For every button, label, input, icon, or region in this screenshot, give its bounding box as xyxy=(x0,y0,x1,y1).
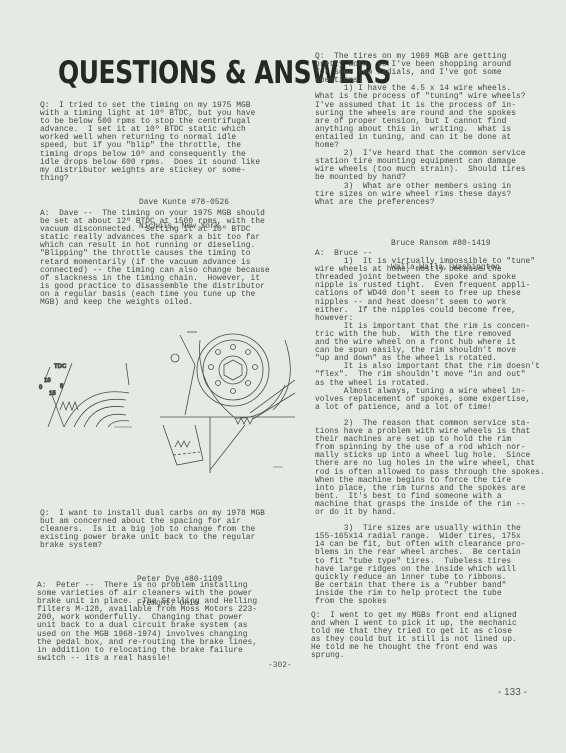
answer-2: A: Peter -- There is no problem installi… xyxy=(37,582,257,663)
label-10: 10 xyxy=(44,378,51,384)
label-0: 0 xyxy=(39,385,43,391)
answer-1: A: Dave -- The timing on your 1975 MGB s… xyxy=(40,210,270,307)
page-reference: -302- xyxy=(268,661,292,670)
question-1: Q: I tried to set the timing on my 1975 … xyxy=(40,102,260,183)
timing-marks-illustration: TDC 10 5 0 15 xyxy=(34,355,139,435)
answer-3: A: Bruce -- 1) It is virtually impossibl… xyxy=(315,250,545,606)
page-title: QUESTIONS & ANSWERS xyxy=(58,54,268,90)
question-3: Q: The tires on my 1969 MGB are getting … xyxy=(315,53,526,207)
crankshaft-pulley-illustration xyxy=(155,325,295,475)
document-page: QUESTIONS & ANSWERS Q: I tried to set th… xyxy=(0,0,566,753)
question-4: Q: I went to get my MGBs front end align… xyxy=(311,612,517,661)
signature-name: Dave Kunte #78-0526 xyxy=(139,199,229,207)
page-number: - 133 - xyxy=(498,687,527,698)
label-tdc: TDC xyxy=(54,364,67,370)
signature-name: Bruce Ransom #80-1419 xyxy=(391,240,500,248)
question-2: Q: I want to install dual carbs on my 19… xyxy=(40,510,265,550)
